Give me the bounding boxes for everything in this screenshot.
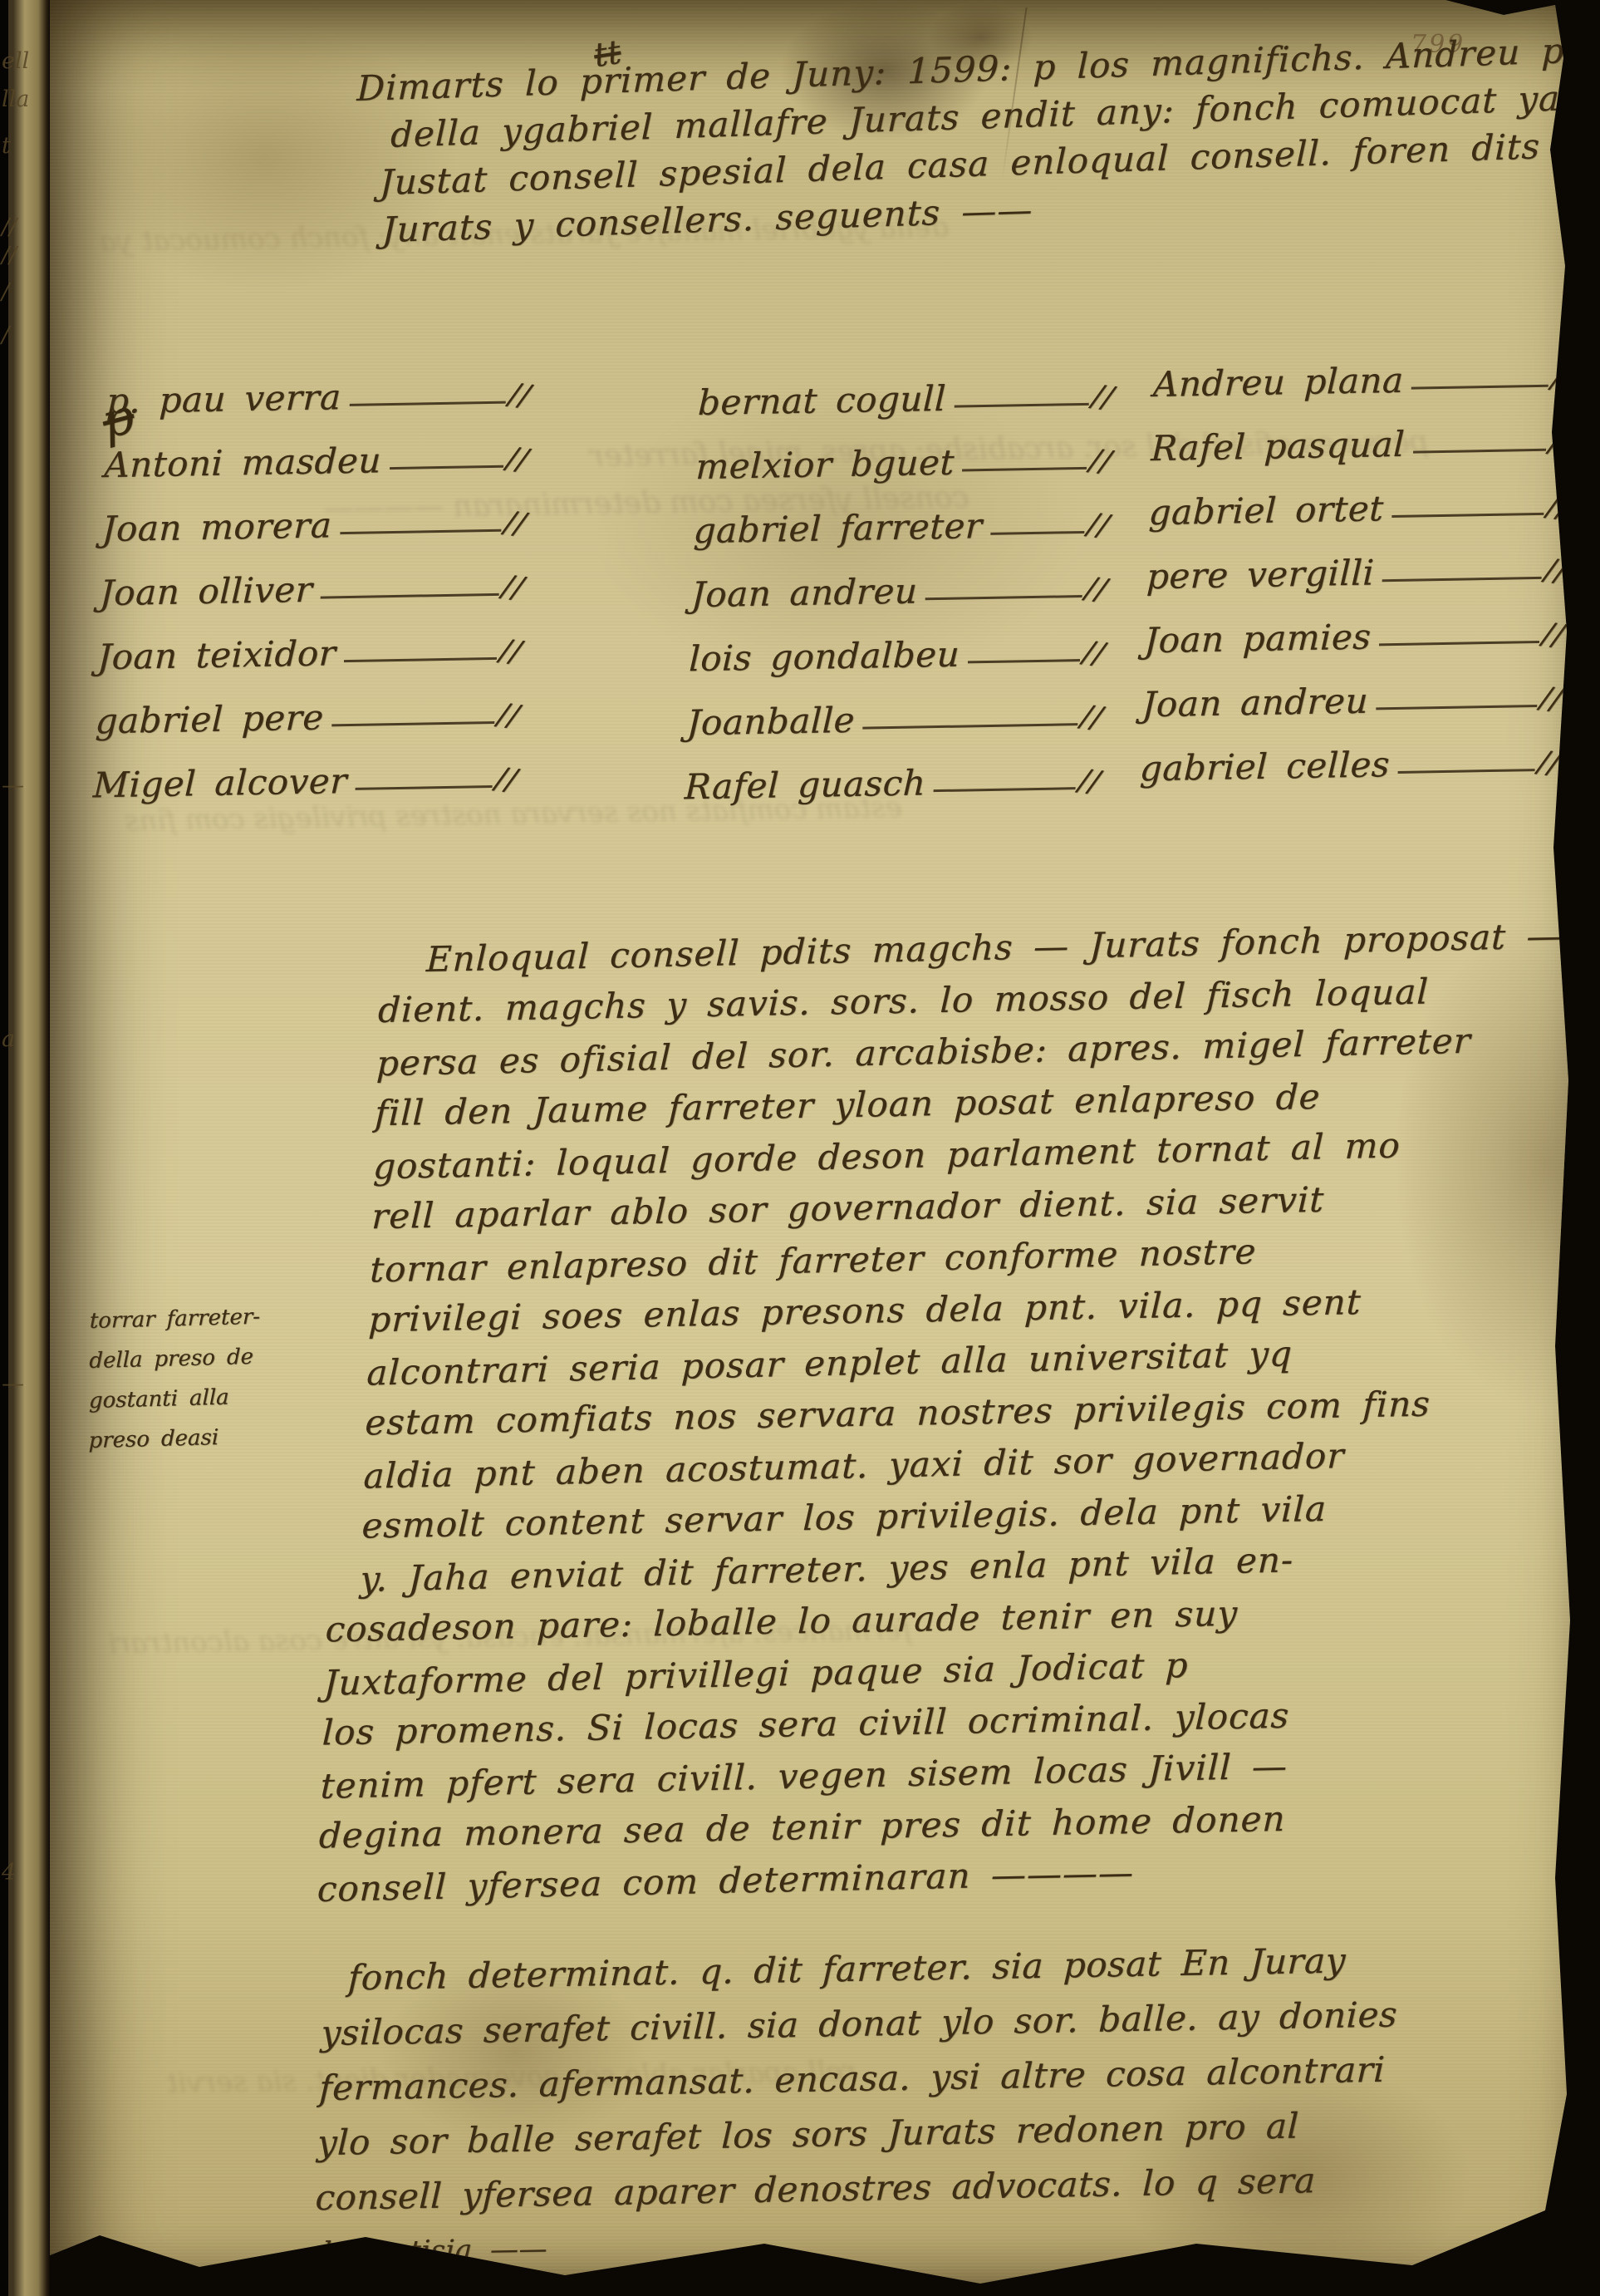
tally-mark: //	[1548, 361, 1575, 397]
attendee-row: Joan andreu //	[1141, 653, 1563, 725]
tally-mark: //	[1087, 443, 1114, 479]
tally-line	[344, 657, 497, 662]
tally-mark: //	[1089, 379, 1116, 415]
tally-line	[954, 403, 1088, 408]
tally-mark: //	[1538, 681, 1564, 717]
attendee-name: Rafel pasqual	[1151, 424, 1406, 469]
attendee-name: Joan andreu	[1141, 681, 1369, 725]
attendee-name: gabriel ortet	[1148, 488, 1385, 533]
left-edge-fragment: lla	[2, 86, 29, 112]
left-edge-fragment: t	[2, 133, 11, 159]
attendee-row: Joan pamies //	[1144, 589, 1566, 661]
tally-mark: //	[1076, 763, 1102, 799]
left-edge-fragment: 4	[2, 1860, 16, 1885]
left-edge-fragment: a	[2, 1026, 15, 1052]
attendee-row: pere vergilli //	[1146, 525, 1568, 597]
tally-line	[1391, 513, 1544, 518]
attendee-name: melxior bguet	[695, 442, 955, 487]
attendee-row: Rafel pasqual //	[1151, 397, 1573, 469]
tally-line	[934, 787, 1076, 792]
attendee-name: gabriel pere	[95, 697, 325, 742]
tally-line	[355, 785, 492, 790]
attendee-row: gabriel celles //	[1139, 718, 1561, 789]
attendee-row: Andreu plana //	[1152, 333, 1574, 405]
attendee-name: lois gondalbeu	[689, 634, 960, 680]
tally-mark: //	[1542, 553, 1568, 589]
tally-mark: //	[1081, 635, 1107, 671]
tally-line	[962, 467, 1086, 472]
attendee-row: Antoni masdeu //	[104, 414, 530, 485]
tally-line	[990, 531, 1084, 535]
attendee-row: Joan olliver //	[99, 542, 525, 613]
tally-line	[340, 529, 501, 534]
attendee-row: gabriel ortet //	[1148, 461, 1570, 533]
attendee-name: Joan andreu	[690, 570, 918, 615]
tally-mark: //	[1082, 571, 1109, 607]
left-edge-fragment: /	[2, 322, 9, 348]
attendee-column-1: p p. pau verra // Antoni masdeu // Joan …	[92, 350, 532, 805]
margin-note-line: gostanti alla	[89, 1374, 355, 1421]
margin-note-line: preso deasi	[88, 1414, 354, 1461]
tally-line	[1377, 705, 1537, 710]
attendee-row: gabriel farreter //	[693, 479, 1111, 551]
tally-line	[321, 593, 499, 599]
attendee-row: bernat cogull //	[697, 352, 1115, 423]
attendee-name: Joan pamies	[1144, 616, 1372, 661]
attendee-column-2: bernat cogull // melxior bguet // gabrie…	[684, 352, 1115, 807]
attendee-row: Joan teixidor //	[97, 606, 523, 677]
tally-mark: //	[1540, 617, 1567, 653]
attendee-name: Joan morera	[101, 504, 332, 549]
tally-mark: //	[499, 569, 526, 606]
tally-mark: //	[1078, 699, 1105, 735]
tally-line	[925, 595, 1082, 600]
tally-line	[390, 465, 503, 470]
left-edge-fragment: //	[2, 243, 17, 268]
attendee-row: Joanballe //	[686, 672, 1104, 744]
left-edge-fragment: /	[2, 279, 9, 305]
session-header: Dimarts lo primer de Juny: 1599: p los m…	[353, 27, 1569, 254]
tally-mark: //	[493, 761, 519, 798]
attendee-row: Rafel guasch //	[684, 736, 1102, 808]
left-edge-fragment: —	[2, 1371, 24, 1397]
attendee-row: p. pau verra //	[106, 350, 532, 421]
left-edge-fragment: ell	[2, 48, 29, 74]
attendee-row: lois gondalbeu //	[689, 608, 1107, 680]
attendee-row: Migel alcover //	[92, 734, 518, 805]
tally-line	[1398, 769, 1535, 774]
attendee-name: p. pau verra	[106, 376, 341, 421]
margin-note-line: della preso de	[89, 1335, 355, 1381]
tally-mark: //	[506, 377, 533, 414]
tally-line	[1413, 449, 1546, 454]
attendee-row: Joan morera //	[101, 478, 528, 549]
attendee-row: melxior bguet //	[695, 415, 1113, 487]
attendee-row: Joan andreu //	[690, 543, 1108, 615]
tally-line	[331, 721, 494, 726]
attendee-name: pere vergilli	[1146, 552, 1375, 597]
tally-mark: //	[504, 441, 531, 478]
tally-mark: //	[1544, 489, 1571, 525]
tally-mark: //	[498, 633, 524, 670]
left-edge-fragment: //	[2, 214, 17, 240]
tally-line	[1379, 641, 1539, 646]
attendee-column-3: Andreu plana // Rafel pasqual // gabriel…	[1139, 333, 1574, 789]
margin-note-line: torrar farreter-	[90, 1295, 356, 1341]
parchment-page: della ygabriel mallafre Jurats endit any…	[50, 0, 1600, 2296]
book-gutter: ell lla t // // / / — a — 4	[0, 0, 50, 2296]
attendee-name: Rafel guasch	[684, 762, 926, 807]
tally-line	[349, 401, 505, 406]
resolution-paragraph: fonch determinat. q. dit farreter. sia p…	[312, 1929, 1595, 2280]
tally-line	[968, 659, 1080, 663]
attendee-name: Joan olliver	[99, 569, 313, 614]
attendee-name: gabriel farreter	[693, 505, 983, 551]
margin-note: torrar farreter- della preso de gostanti…	[88, 1295, 356, 1461]
manuscript-scan: ell lla t // // / / — a — 4 della ygabri…	[0, 0, 1600, 2296]
attendee-name: bernat cogull	[697, 378, 946, 423]
proposal-paragraph: Enloqual consell pdits magchs — Jurats f…	[317, 910, 1593, 1915]
tally-line	[863, 723, 1077, 730]
attendee-name: Joanballe	[686, 700, 856, 744]
attendee-name: Migel alcover	[92, 760, 347, 805]
tally-mark: //	[1085, 507, 1112, 543]
tally-line	[1382, 577, 1542, 582]
attendee-name: Andreu plana	[1152, 360, 1404, 405]
attendee-row: gabriel pere //	[95, 670, 521, 741]
tally-line	[1411, 385, 1548, 390]
tally-mark: //	[1535, 745, 1562, 781]
left-edge-fragment: —	[2, 773, 24, 799]
tally-mark: //	[495, 697, 522, 734]
attendee-name: Antoni masdeu	[104, 440, 382, 485]
attendee-name: gabriel celles	[1139, 744, 1391, 789]
attendee-name: Joan teixidor	[97, 632, 337, 677]
tally-mark: //	[1547, 425, 1573, 461]
tally-mark: //	[502, 505, 528, 542]
